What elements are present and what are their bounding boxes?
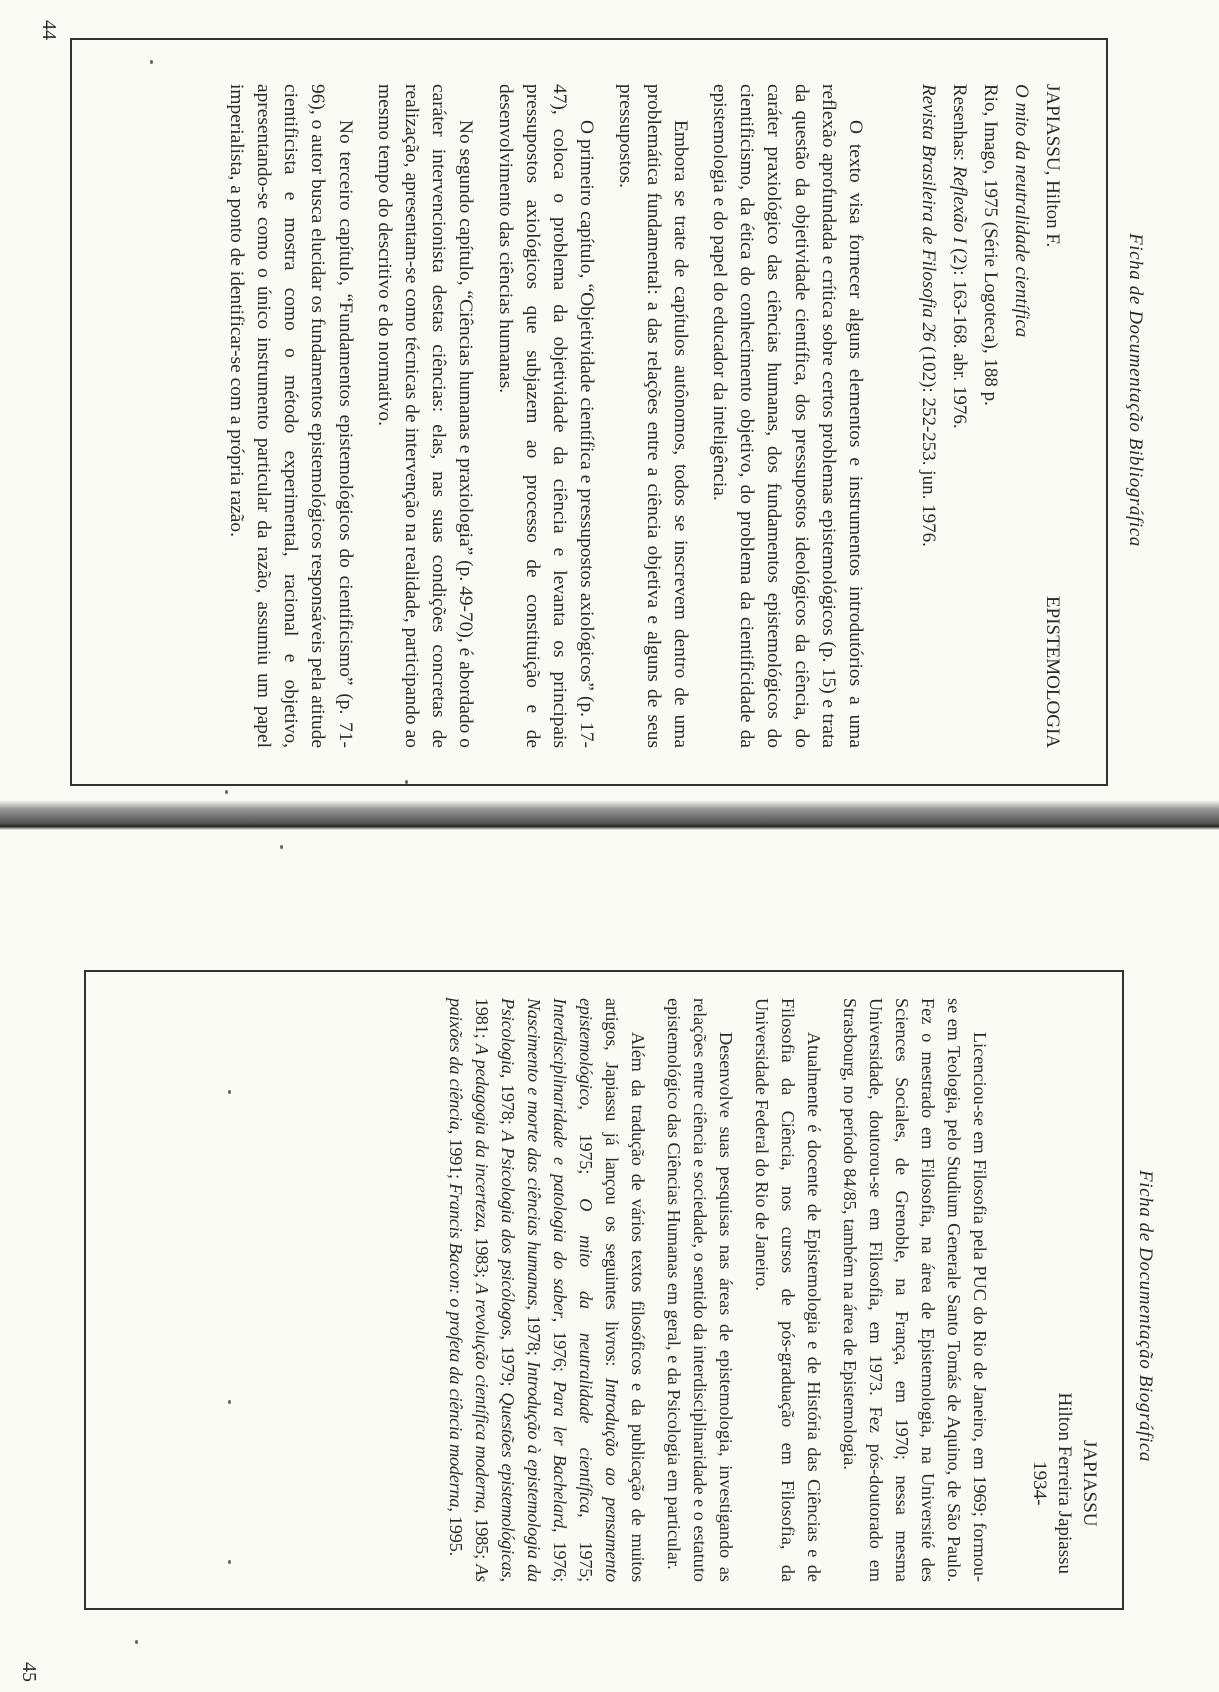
review-details: (2): 163-168. abr. 1976.: [949, 243, 970, 428]
reference-review-1: Resenhas: Reflexão I (2): 163-168. abr. …: [944, 84, 975, 748]
book-gutter-shadow: [0, 800, 1219, 830]
page-number: 44: [37, 20, 60, 40]
book-year: , 1991;: [446, 1130, 466, 1183]
book-year: , 1976;: [550, 1528, 570, 1582]
reviews-label: Resenhas:: [949, 84, 970, 166]
reference-subject: EPISTEMOLOGIA: [1037, 596, 1068, 748]
book-title: A Psicologia dos psicólogos: [498, 1131, 518, 1336]
reference-author: JAPIASSU, Hilton F.: [1037, 84, 1068, 247]
scan-speck: [228, 1400, 231, 1404]
page-45: Ficha de Documentação Biográfica JAPIASS…: [0, 870, 1180, 1692]
book-title: Nascimento e morte das ciências humanas: [524, 998, 544, 1306]
summary-paragraph: No segundo capítulo, “Ciências humanas e…: [371, 84, 480, 748]
book-year: , 1978;: [524, 1306, 544, 1362]
birth-year: 1934-: [1027, 1392, 1052, 1574]
summary-paragraph: O texto visa fornecer alguns elementos e…: [706, 84, 869, 748]
bibliographic-reference: JAPIASSU, Hilton F. EPISTEMOLOGIA O mito…: [913, 84, 1068, 748]
summary-paragraph: Embora se trate de capítulos autônomos, …: [612, 84, 694, 748]
reference-imprint: Rio, Imago, 1975 (Série Logoteca), 188 p…: [975, 84, 1006, 748]
bibliographic-card: JAPIASSU, Hilton F. EPISTEMOLOGIA O mito…: [70, 38, 1108, 786]
scan-speck: [228, 1560, 231, 1564]
review-journal: Reflexão I: [949, 166, 970, 244]
book-title: Questões epistemológicas: [498, 1392, 518, 1577]
page-number: 45: [17, 1662, 40, 1682]
reference-header: JAPIASSU, Hilton F. EPISTEMOLOGIA: [1037, 84, 1068, 748]
review-journal: Revista Brasileira de Filosofia 26: [918, 84, 939, 342]
page-44: Ficha de Documentação Bibliográfica JAPI…: [0, 0, 1160, 780]
biography-heading-block: JAPIASSU Hilton Ferreira Japiassu 1934-: [1027, 1392, 1102, 1574]
book-year: , 1978;: [498, 1074, 518, 1131]
book-year: , 1975;: [576, 1105, 596, 1198]
scan-speck: [150, 60, 153, 64]
scan-speck: [135, 1640, 138, 1644]
reference-review-2: Revista Brasileira de Filosofia 26 (102)…: [913, 84, 944, 748]
surname: JAPIASSU: [1077, 1392, 1102, 1574]
biography-paragraph: Desenvolve suas pesquisas nas áreas de e…: [661, 998, 739, 1582]
book-title: O mito da neutralidade científica: [576, 1198, 596, 1513]
biography-paragraph: Atualmente é docente de Epistemologia e …: [749, 998, 827, 1582]
bibliography-paragraph: Além da tradução de vários textos filosó…: [443, 998, 651, 1582]
book-title: Para ler Bachelard: [550, 1381, 570, 1528]
reference-title: O mito da neutralidade científica: [1006, 84, 1037, 748]
summary-paragraph: No terceiro capítulo, “Fundamentos epist…: [223, 84, 359, 748]
books-list: Introdução ao pensamento epistemológico,…: [446, 998, 622, 1582]
scan-speck: [280, 845, 283, 849]
book-title: A pedagogia da incerteza: [472, 1044, 492, 1228]
summary-paragraph: O primeiro capítulo, “Objetividade cient…: [491, 84, 600, 748]
book-year: , 1983;: [472, 1228, 492, 1283]
running-head: Ficha de Documentação Bibliográfica: [1124, 0, 1146, 780]
biographical-card: JAPIASSU Hilton Ferreira Japiassu 1934- …: [84, 970, 1124, 1610]
review-details: (102): 252-253. jun. 1976.: [918, 342, 939, 547]
book-title: Francis Bacon: o profeta da ciência mode…: [446, 1183, 466, 1507]
biography-paragraph: Licenciou-se em Filosofia pela PUC do Ri…: [837, 998, 993, 1582]
full-name: Hilton Ferreira Japiassu: [1052, 1392, 1077, 1574]
book-year: , 1975;: [576, 1513, 596, 1582]
scan-speck: [405, 780, 408, 784]
book-title: Interdisciplinaridade e patologia do sab…: [550, 998, 570, 1318]
book-year: , 1995.: [446, 1507, 466, 1556]
book-year: , 1985;: [472, 1509, 492, 1564]
biography-heading: JAPIASSU Hilton Ferreira Japiassu 1934-: [1027, 998, 1102, 1582]
scan-speck: [228, 1090, 231, 1094]
book-year: , 1976;: [550, 1318, 570, 1381]
running-head: Ficha de Documentação Biográfica: [1134, 870, 1156, 1692]
book-title: A revolução científica moderna: [472, 1283, 492, 1509]
scan-speck: [225, 790, 228, 794]
book-year: , 1979;: [498, 1336, 518, 1393]
